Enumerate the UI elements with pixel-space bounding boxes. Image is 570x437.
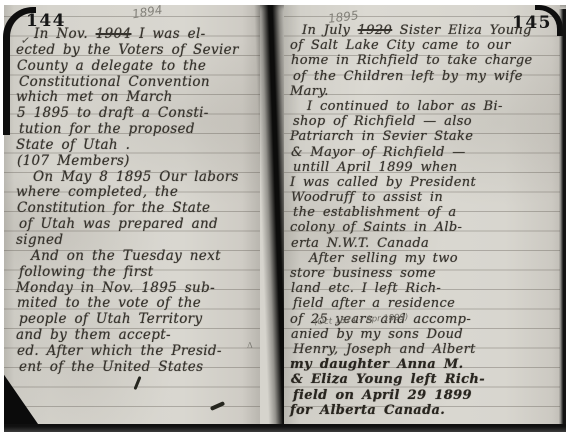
handwritten-line: the establishment of a (293, 205, 562, 220)
handwritten-line: In Nov. 1904 I was el- (16, 27, 256, 43)
line-segment: In July (302, 23, 358, 38)
handwritten-line: ed. After which the Presid- (17, 344, 256, 360)
handwritten-line: of Salt Lake City came to our (290, 38, 562, 53)
handwritten-line: of Utah was prepared and (19, 217, 256, 233)
handwritten-line: field after a residence (293, 296, 562, 311)
stray-ink-mark (133, 376, 141, 390)
struck-year: 1904 (96, 26, 132, 42)
handwritten-line: In July 1920 Sister Eliza Young (290, 23, 562, 38)
handwritten-line: After selling my two (293, 251, 562, 266)
handwritten-line: I was called by President (290, 175, 562, 190)
handwritten-line: (107 Members) (17, 154, 256, 170)
handwritten-line: & Mayor of Richfield — (291, 145, 562, 160)
handwritten-line: my daughter Anna M. (290, 357, 562, 372)
handwritten-lines-left: ected by the Voters of SevierCounty a de… (16, 43, 256, 376)
handwritten-line: store business some (290, 266, 562, 281)
handwritten-line: Patriarch in Sevier Stake (290, 129, 562, 144)
book-edge-bottom (4, 424, 566, 432)
handwritten-line: erta N.W.T. Canada (291, 236, 562, 251)
handwritten-line: colony of Saints in Alb- (290, 220, 562, 235)
handwritten-line: land etc. I left Rich- (291, 281, 562, 296)
handwritten-line: where completed, the (16, 185, 256, 201)
handwritten-line: Woodruff to assist in (291, 190, 562, 205)
handwritten-line: signed (16, 233, 256, 249)
handwritten-line: ected by the Voters of Sevier (16, 43, 256, 59)
book-scan: 144 1894 ✓ Δ In Nov. 1904 I was el- ecte… (4, 5, 566, 432)
line-segment: Sister Eliza Young (392, 23, 532, 38)
line-segment: I was el- (131, 26, 205, 42)
handwritten-line: And on the Tuesday next (17, 249, 256, 265)
handwritten-line: untill April 1899 when (293, 160, 562, 175)
handwritten-line: mited to the vote of the (17, 296, 256, 312)
handwritten-line: State of Utah . (16, 138, 256, 154)
page-corner-curl-top-left (3, 7, 36, 135)
handwritten-line: Constitution for the State (17, 201, 256, 217)
book-edge-right (559, 9, 566, 424)
handwritten-line: shop of Richfield — also (293, 114, 562, 129)
handwritten-line: home in Richfield to take charge (291, 53, 562, 68)
handwritten-line: tution for the proposed (19, 122, 256, 138)
handwritten-line: Constitutional Convention (19, 75, 256, 91)
handwritten-line: Monday in Nov. 1895 sub- (16, 281, 256, 297)
handwritten-line: which met on March (16, 90, 256, 106)
handwritten-line: field on April 29 1899 (293, 388, 562, 403)
handwritten-line: of the Children left by my wife (293, 69, 562, 84)
handwritten-line: 5 1895 to draft a Consti- (17, 106, 256, 122)
handwritten-line: anied by my sons Doud (291, 327, 562, 342)
handwritten-line: and by them accept- (16, 328, 256, 344)
stray-ink-mark (210, 401, 225, 411)
handwritten-line: Henry, Joseph and Albert (293, 342, 562, 357)
handwritten-line: ent of the United States (19, 360, 256, 376)
line-segment: In Nov. (34, 26, 96, 42)
left-page-text: In Nov. 1904 I was el- ected by the Vote… (16, 27, 256, 376)
handwritten-line: & Eliza Young left Rich- (291, 372, 562, 387)
pencil-year-annotation-left: 1894 (131, 5, 163, 21)
handwritten-line: County a delegate to the (17, 59, 256, 75)
right-page-text: In July 1920 Sister Eliza Young of Salt … (290, 23, 562, 418)
handwritten-line: people of Utah Territory (19, 312, 256, 328)
handwritten-line: following the first (19, 265, 256, 281)
journal-page-left: 144 1894 ✓ Δ In Nov. 1904 I was el- ecte… (4, 5, 260, 424)
handwritten-line: I continued to labor as Bi- (291, 99, 562, 114)
handwritten-line: On May 8 1895 Our labors (19, 170, 256, 186)
scanned-journal-spread: 144 1894 ✓ Δ In Nov. 1904 I was el- ecte… (0, 0, 570, 437)
handwritten-line: Mary. (290, 84, 562, 99)
handwritten-lines-right: of Salt Lake City came to ourhome in Ric… (290, 38, 562, 418)
struck-year: 1920 (358, 23, 392, 38)
handwritten-line: for Alberta Canada. (290, 403, 562, 418)
